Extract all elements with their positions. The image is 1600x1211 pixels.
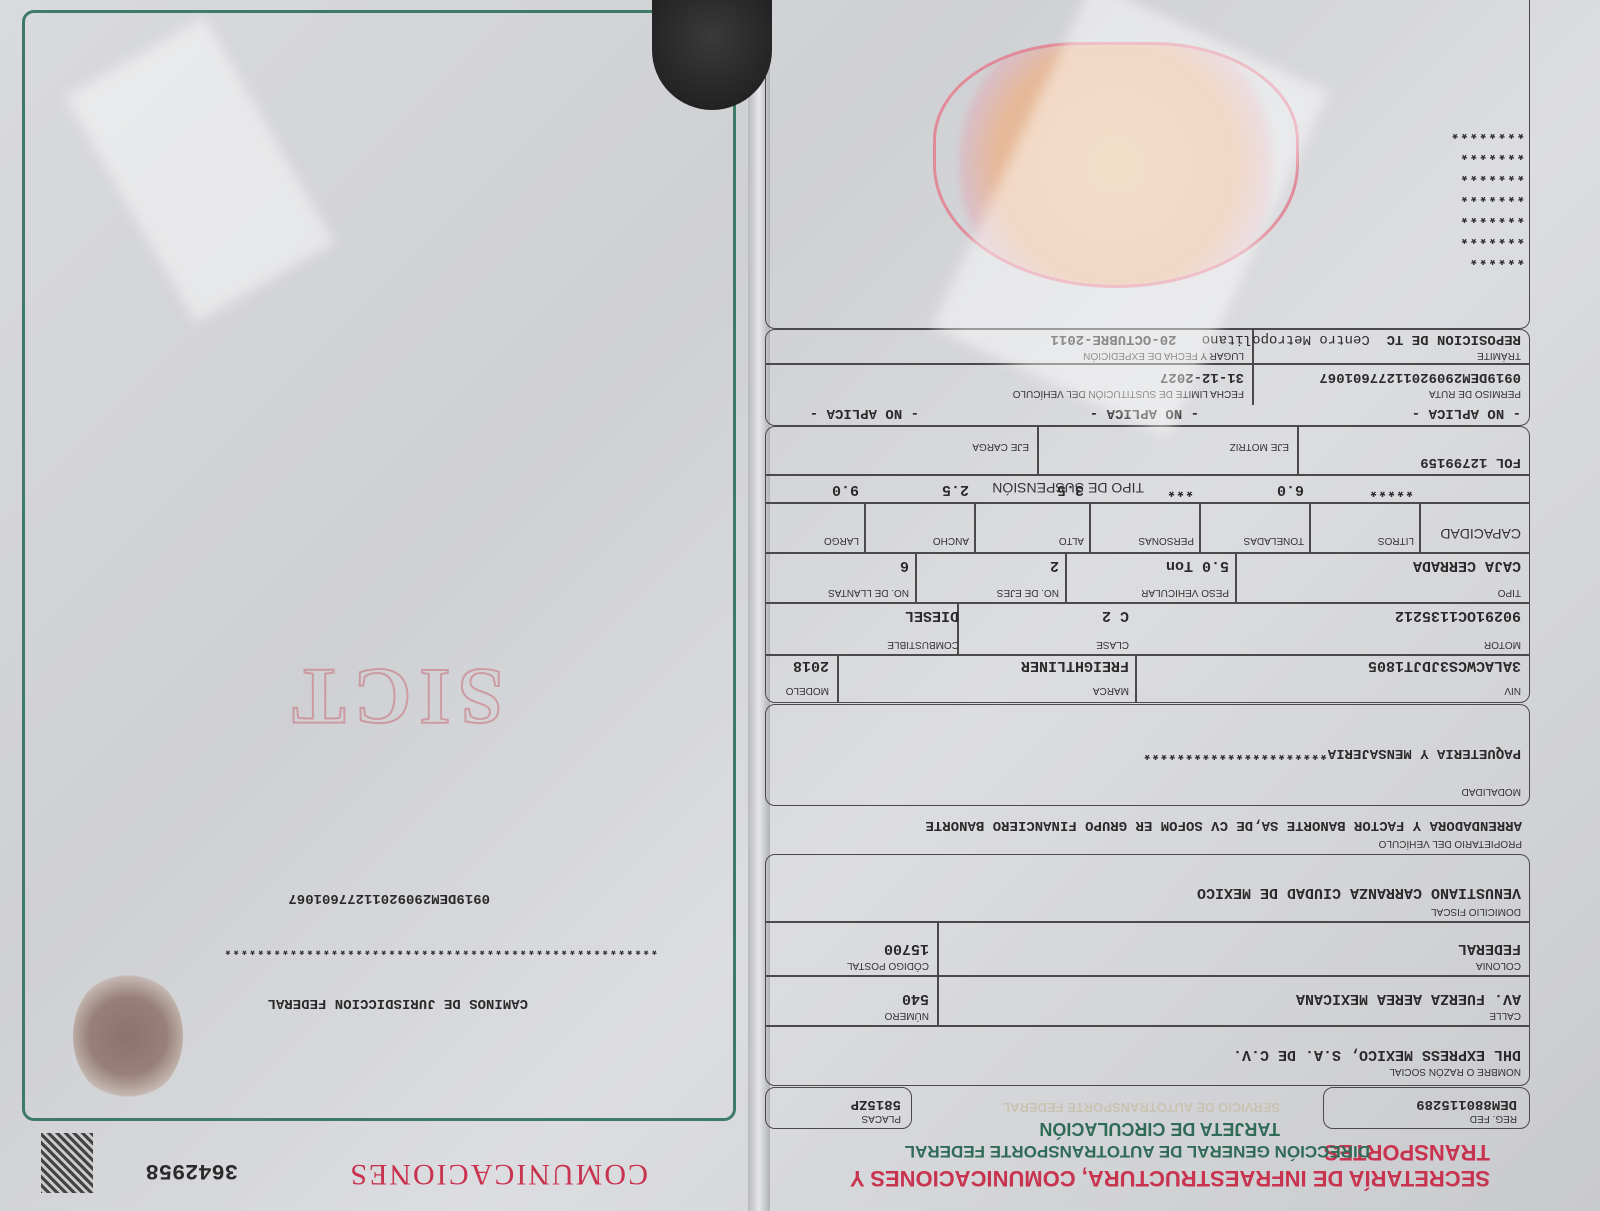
reg-fed-value: DEM880115289 bbox=[1416, 1096, 1517, 1112]
star-row: ******* bbox=[1450, 226, 1525, 247]
litros-label: LITROS bbox=[1378, 535, 1414, 546]
ejes-label: No. DE EJES bbox=[997, 587, 1059, 598]
stars-line: ****************************************… bbox=[223, 942, 658, 956]
modalidad-value: PAQUETERIA Y MENSAJERIA*****************… bbox=[1143, 745, 1521, 761]
reg-fed-label: REG. FED bbox=[1470, 1113, 1517, 1124]
nombre-value: DHL EXPRESS MEXICO, S.A. DE C.V. bbox=[1233, 1046, 1521, 1063]
alto-value: 3.5 bbox=[1057, 481, 1084, 498]
star-row: ******* bbox=[1450, 184, 1525, 205]
alto-label: ALTO bbox=[1059, 535, 1084, 546]
marca-value: FREIGHTLINER bbox=[1021, 657, 1129, 674]
star-row: ******* bbox=[1450, 142, 1525, 163]
tramite-label: TRÁMITE bbox=[1477, 350, 1521, 361]
numero-value: 540 bbox=[902, 990, 929, 1007]
permiso-folio-value: 0919DEM29092011277601067 bbox=[1319, 369, 1521, 385]
marca-label: MARCA bbox=[1093, 685, 1129, 696]
modalidad-label: MODALIDAD bbox=[1462, 786, 1521, 797]
vin-value: 3ALACWCS3JDJT1805 bbox=[1368, 657, 1521, 674]
motor-label: MOTOR bbox=[1484, 639, 1521, 650]
peso-value: 5.0 Ton bbox=[1166, 557, 1229, 574]
left-page: COMUNICACIONES 3642958 CAMINOS DE JURISD… bbox=[0, 0, 748, 1211]
propietario-value: ARRENDADORA Y FACTOR BANORTE SA,DE CV SO… bbox=[926, 817, 1523, 833]
tipo-label: TIPO bbox=[1498, 587, 1521, 598]
capacidad-label: CAPACIDAD bbox=[1440, 526, 1521, 542]
tipo-value: CAJA CERRADA bbox=[1413, 557, 1521, 574]
cp-label: CÓDIGO POSTAL bbox=[847, 960, 929, 971]
qr-code bbox=[41, 1133, 93, 1193]
ancho-label: ANCHO bbox=[933, 535, 969, 546]
domicilio-label: DOMICILIO FISCAL bbox=[1431, 906, 1521, 917]
llantas-label: No. DE LLANTAS bbox=[828, 587, 909, 598]
vin-label: NIV bbox=[1504, 685, 1521, 696]
jurisdiccion-text: CAMINOS DE JURISDICCION FEDERAL bbox=[268, 995, 528, 1011]
largo-value: 9.0 bbox=[832, 481, 859, 498]
combustible-value: DIESEL bbox=[905, 607, 959, 624]
placas-label: PLACAS bbox=[862, 1113, 901, 1124]
modalidad-section: MODALIDAD PAQUETERIA Y MENSAJERIA*******… bbox=[765, 704, 1530, 806]
largo-label: LARGO bbox=[824, 535, 859, 546]
ancho-value: 2.5 bbox=[942, 481, 969, 498]
propietario-label: PROPIETARIO DEL VEHÍCULO bbox=[1379, 838, 1522, 849]
permiso-ruta-value: - NO APLICA - bbox=[1412, 405, 1521, 421]
modelo-label: MODELO bbox=[786, 685, 829, 696]
star-row: ******* bbox=[1450, 163, 1525, 184]
personas-value: *** bbox=[1167, 481, 1194, 498]
header-servicio: SERVICIO DE AUTOTRANSPORTE FEDERAL bbox=[1002, 1100, 1280, 1115]
left-folio: 0919DEM29092011277601067 bbox=[288, 890, 490, 906]
litros-value: ***** bbox=[1369, 481, 1414, 498]
footer-comunicaciones: COMUNICACIONES bbox=[348, 1157, 648, 1191]
colonia-value: FEDERAL bbox=[1458, 940, 1521, 957]
domicilio-value: VENUSTIANO CARRANZA CIUDAD DE MEXICO bbox=[1197, 884, 1521, 901]
toneladas-value: 6.0 bbox=[1277, 481, 1304, 498]
eje-motriz-label: EJE MOTRIZ bbox=[1230, 441, 1289, 452]
star-row: ****** bbox=[1450, 247, 1525, 268]
titular-section: NOMBRE O RAZÓN SOCIAL DHL EXPRESS MEXICO… bbox=[765, 854, 1530, 1086]
nombre-label: NOMBRE O RAZÓN SOCIAL bbox=[1389, 1066, 1521, 1077]
llantas-value: 6 bbox=[900, 557, 909, 574]
peso-label: PESO VEHICULAR bbox=[1141, 587, 1229, 598]
combustible-label: COMBUSTIBLE bbox=[887, 639, 959, 650]
placas-box: PLACAS 5815ZP bbox=[765, 1087, 912, 1129]
star-rows: ****************************************… bbox=[1450, 121, 1525, 268]
sict-watermark: SICT bbox=[284, 650, 503, 741]
calle-label: CALLE bbox=[1489, 1010, 1521, 1021]
document-title: TARJETA DE CIRCULACIÓN bbox=[1039, 1118, 1280, 1139]
clase-label: CLASE bbox=[1096, 639, 1129, 650]
serial-number: 3642958 bbox=[146, 1158, 238, 1183]
personas-label: PERSONAS bbox=[1138, 535, 1194, 546]
star-row: ******** bbox=[1450, 121, 1525, 142]
placas-value: 5815ZP bbox=[851, 1096, 901, 1112]
permiso-ruta-label: PERMISO DE RUTA bbox=[1429, 388, 1521, 399]
mexico-seal-icon bbox=[73, 971, 183, 1101]
motor-value: 90291OC1135212 bbox=[1395, 607, 1521, 624]
permiso-col3-value: - NO APLICA - bbox=[810, 405, 919, 421]
header-direccion: DIRECCIÓN GENERAL DE AUTOTRANSPORTE FEDE… bbox=[905, 1141, 1370, 1161]
numero-label: NÚMERO bbox=[885, 1010, 929, 1021]
calle-value: AV. FUERZA AEREA MEXICANA bbox=[1296, 990, 1521, 1007]
colonia-label: COLONIA bbox=[1476, 960, 1521, 971]
vehiculo-section: NIV MARCA MODELO 3ALACWCS3JDJT1805 FREIG… bbox=[765, 426, 1530, 703]
folio-value: FOL 12799159 bbox=[1420, 454, 1521, 470]
star-row: ******* bbox=[1450, 205, 1525, 226]
eje-carga-label: EJE CARGA bbox=[972, 441, 1029, 452]
toneladas-label: TONELADAS bbox=[1244, 535, 1304, 546]
reg-fed-box: REG. FED DEM880115289 bbox=[1323, 1087, 1530, 1129]
clase-value: C 2 bbox=[1102, 607, 1129, 624]
cp-value: 15700 bbox=[884, 940, 929, 957]
ejes-value: 2 bbox=[1050, 557, 1059, 574]
modelo-value: 2018 bbox=[793, 657, 829, 674]
